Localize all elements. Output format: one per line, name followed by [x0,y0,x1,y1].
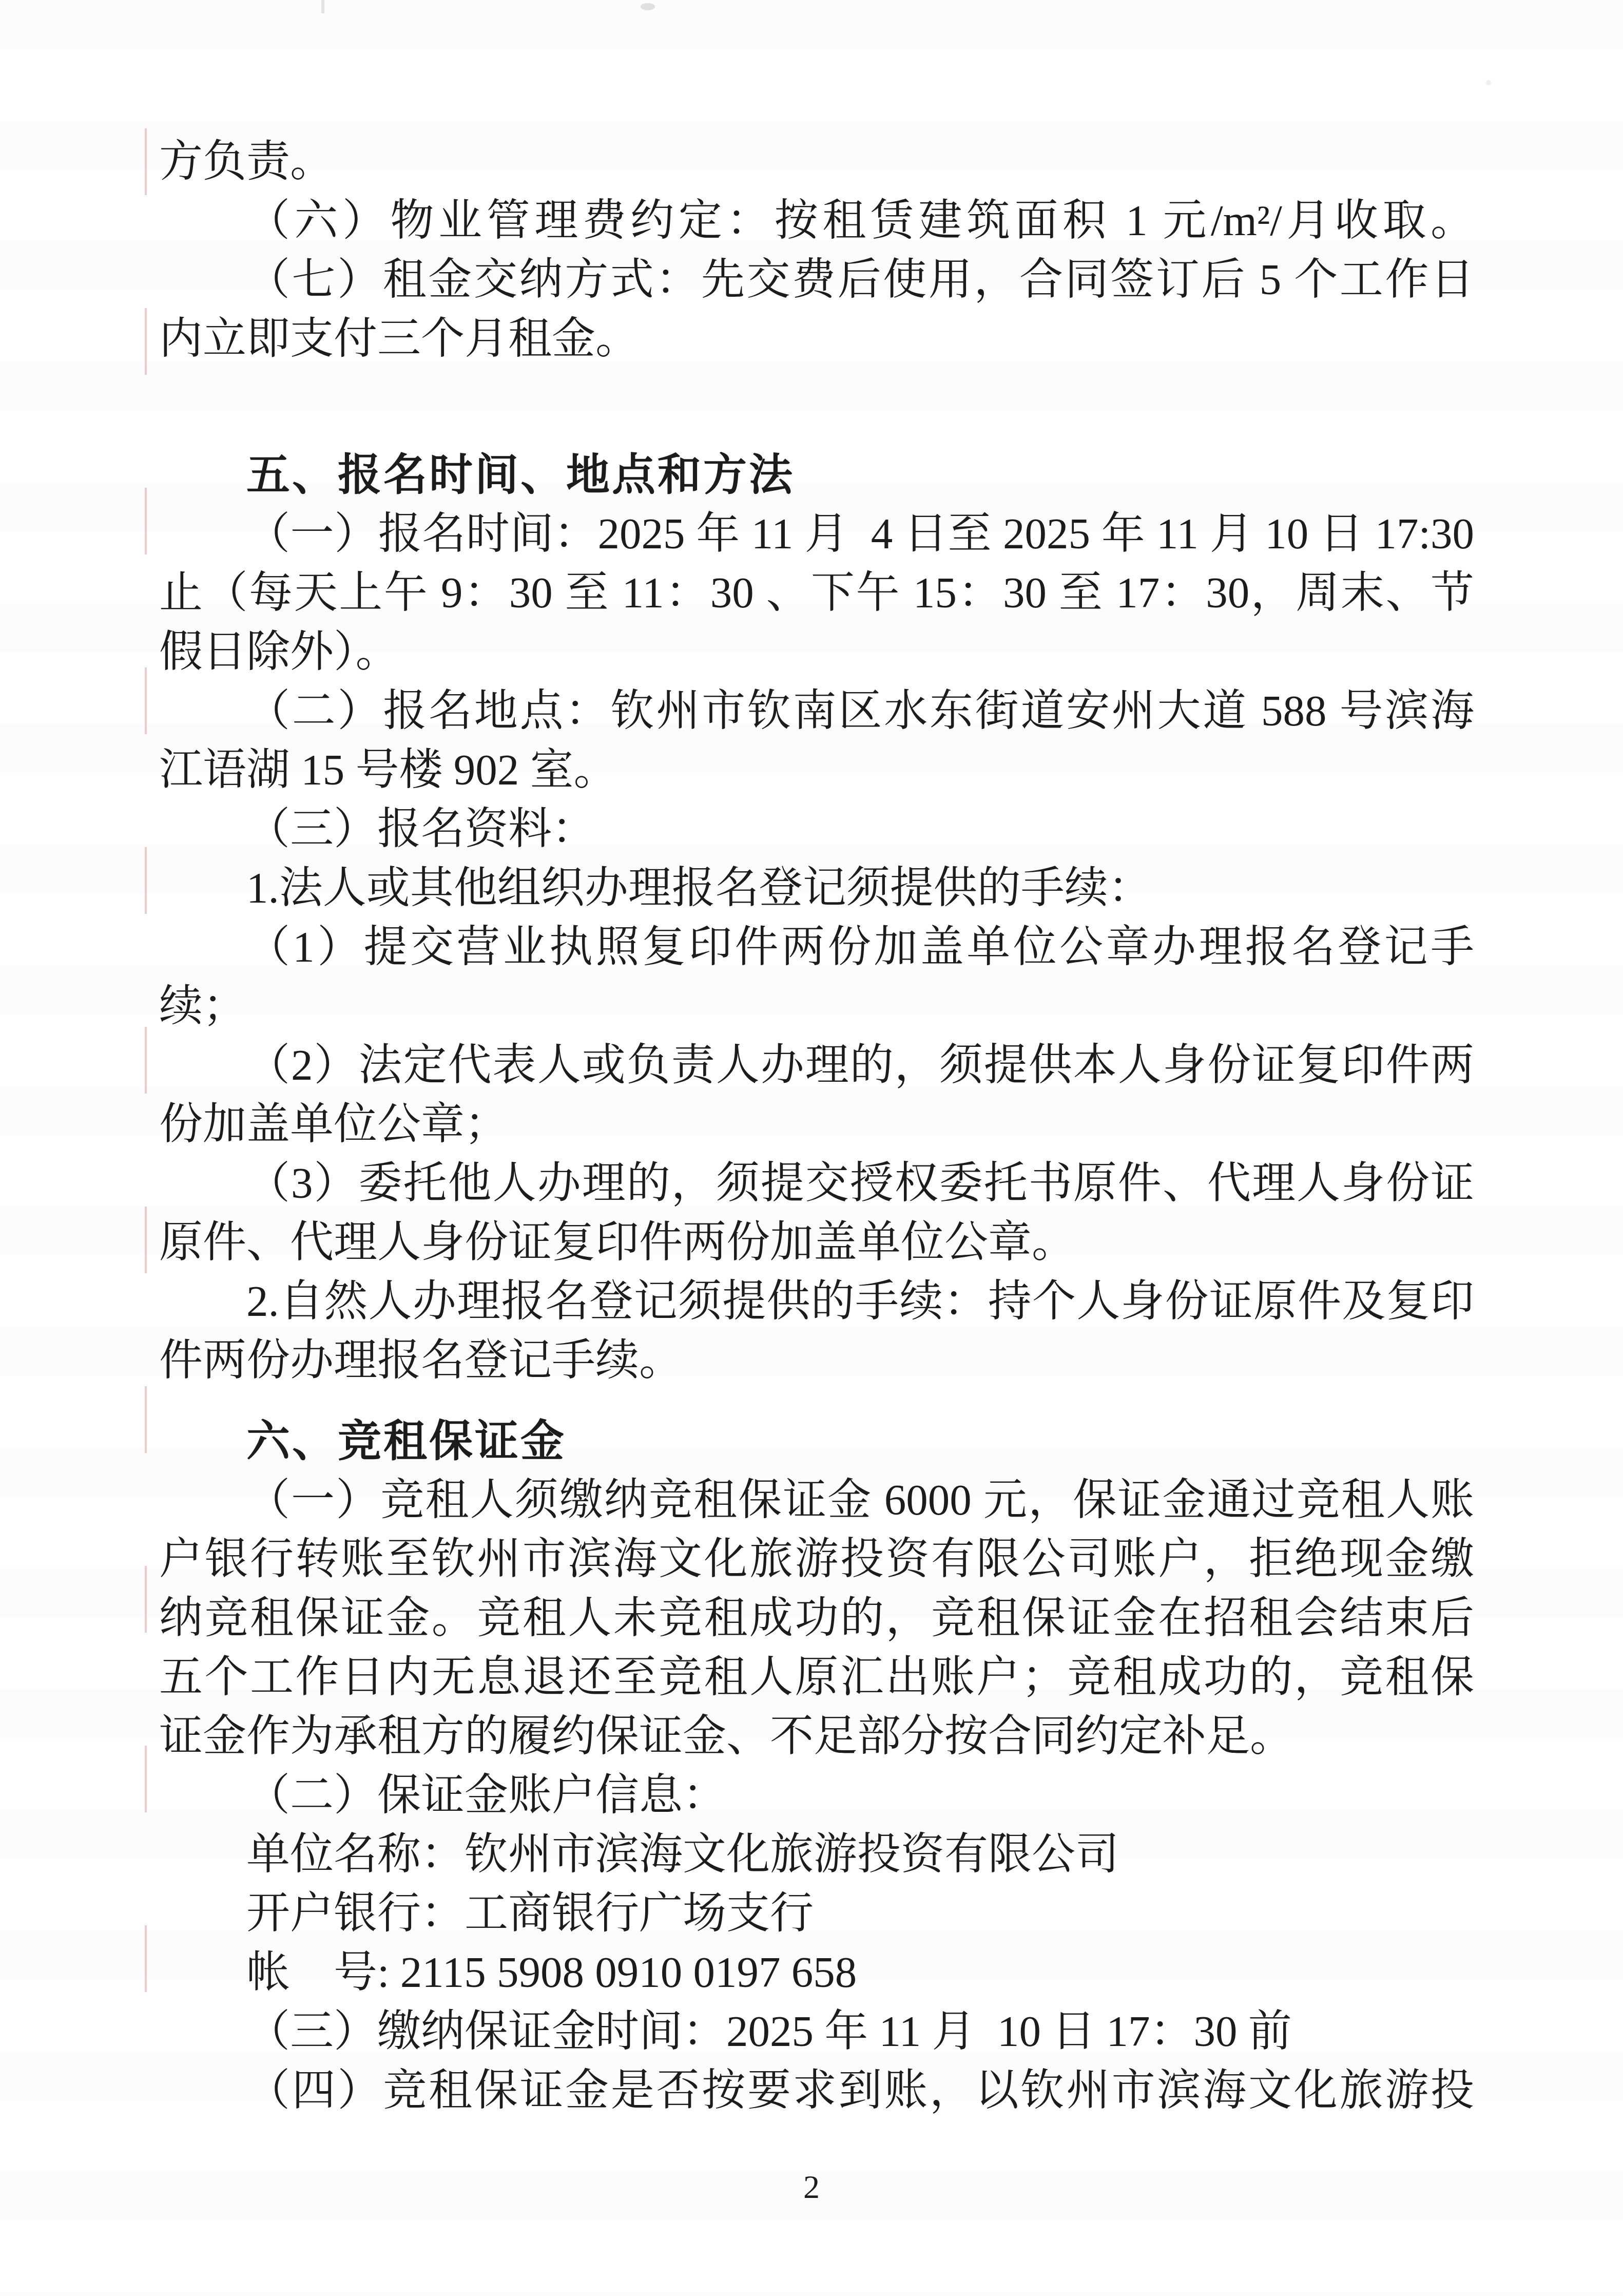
text-line: 2.自然人办理报名登记须提供的手续：持个人身份证原件及复印 [159,1272,1474,1331]
text-line: 件两份办理报名登记手续。 [159,1331,1474,1390]
text-line: （四）竞租保证金是否按要求到账，以钦州市滨海文化旅游投 [159,2061,1474,2120]
text-line: 单位名称：钦州市滨海文化旅游投资有限公司 [159,1825,1474,1884]
document-page: 方负责。（六）物业管理费约定：按租赁建筑面积 1 元/m²/月收取。（七）租金交… [0,0,1623,2296]
text-line: 方负责。 [159,132,1474,192]
page-number: 2 [803,2171,820,2204]
text-line: 开户银行：工商银行广场支行 [159,1884,1474,1943]
text-line: 假日除外）。 [159,623,1474,682]
text-line: 户银行转账至钦州市滨海文化旅游投资有限公司账户，拒绝现金缴 [159,1530,1474,1589]
text-line: 原件、代理人身份证复印件两份加盖单位公章。 [159,1213,1474,1272]
text-line: （二）保证金账户信息： [159,1766,1474,1825]
page-footer: 2 [0,2171,1623,2204]
text-line: 纳竞租保证金。竞租人未竞租成功的，竞租保证金在招租会结束后 [159,1589,1474,1648]
text-line: （三）报名资料： [159,800,1474,859]
text-line: （2）法定代表人或负责人办理的，须提供本人身份证复印件两 [159,1036,1474,1095]
section-heading: 五、报名时间、地点和方法 [159,446,1474,505]
text-line: （3）委托他人办理的，须提交授权委托书原件、代理人身份证 [159,1154,1474,1213]
text-line: （一）报名时间：2025 年 11 月 4 日至 2025 年 11 月 10 … [159,505,1474,564]
scan-artifact-red-edge [145,128,147,1997]
text-line: （1）提交营业执照复印件两份加盖单位公章办理报名登记手 [159,918,1474,977]
scan-artifact-speck [641,3,655,10]
text-line: （一）竞租人须缴纳竞租保证金 6000 元，保证金通过竞租人账 [159,1471,1474,1530]
text-line: 内立即支付三个月租金。 [159,310,1474,369]
text-line: 份加盖单位公章； [159,1095,1474,1154]
text-line: （七）租金交纳方式：先交费后使用，合同签订后 5 个工作日 [159,251,1474,310]
section-reg: 五、报名时间、地点和方法（一）报名时间：2025 年 11 月 4 日至 202… [159,446,1474,1390]
text-line: 帐 号: 2115 5908 0910 0197 658 [159,1943,1474,2002]
section-deposit: 六、竞租保证金（一）竞租人须缴纳竞租保证金 6000 元，保证金通过竞租人账户银… [159,1412,1474,2120]
document-body: 方负责。（六）物业管理费约定：按租赁建筑面积 1 元/m²/月收取。（七）租金交… [159,132,1474,2120]
text-line: 1.法人或其他组织办理报名登记须提供的手续： [159,859,1474,918]
text-line: 续； [159,977,1474,1036]
text-line: 证金作为承租方的履约保证金、不足部分按合同约定补足。 [159,1707,1474,1766]
text-line: 止（每天上午 9：30 至 11：30 、下午 15：30 至 17：30，周末… [159,564,1474,623]
section-heading: 六、竞租保证金 [159,1412,1474,1471]
scan-artifact-speck [1486,80,1491,85]
text-line: 五个工作日内无息退还至竞租人原汇出账户；竞租成功的，竞租保 [159,1648,1474,1707]
text-line: （三）缴纳保证金时间：2025 年 11 月 10 日 17：30 前 [159,2002,1474,2061]
scan-artifact-speck [321,0,324,13]
text-line: 江语湖 15 号楼 902 室。 [159,741,1474,800]
text-line: （六）物业管理费约定：按租赁建筑面积 1 元/m²/月收取。 [159,192,1474,251]
section-intro: 方负责。（六）物业管理费约定：按租赁建筑面积 1 元/m²/月收取。（七）租金交… [159,132,1474,369]
text-line: （二）报名地点：钦州市钦南区水东街道安州大道 588 号滨海 [159,682,1474,741]
